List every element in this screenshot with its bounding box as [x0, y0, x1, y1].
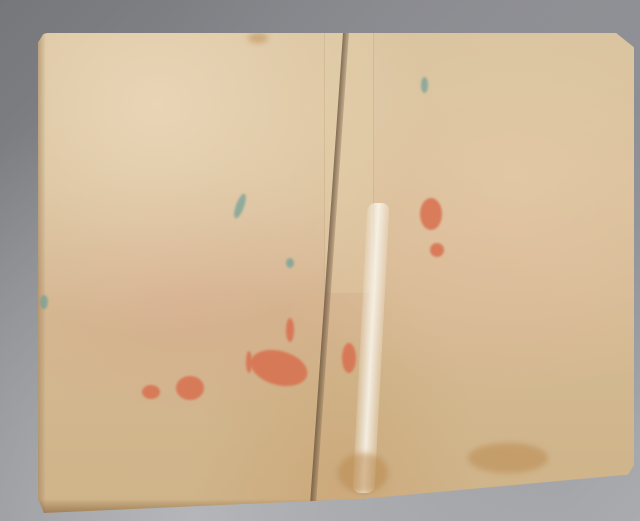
worn-card	[38, 33, 634, 513]
teal-stain	[286, 258, 294, 268]
orange-stain	[246, 351, 252, 373]
orange-stain	[176, 376, 204, 400]
orange-stain	[430, 243, 444, 257]
teal-stain	[421, 77, 428, 93]
orange-stain	[142, 385, 160, 399]
card-edge-shadow	[38, 33, 46, 513]
teal-stain	[40, 295, 48, 309]
orange-stain	[342, 343, 356, 373]
orange-stain	[286, 318, 294, 342]
rust-stain	[248, 33, 268, 43]
rust-stain	[468, 443, 548, 473]
teal-stain	[232, 192, 248, 219]
orange-stain	[420, 198, 442, 230]
orange-stain	[247, 344, 312, 392]
rust-stain	[338, 453, 388, 493]
